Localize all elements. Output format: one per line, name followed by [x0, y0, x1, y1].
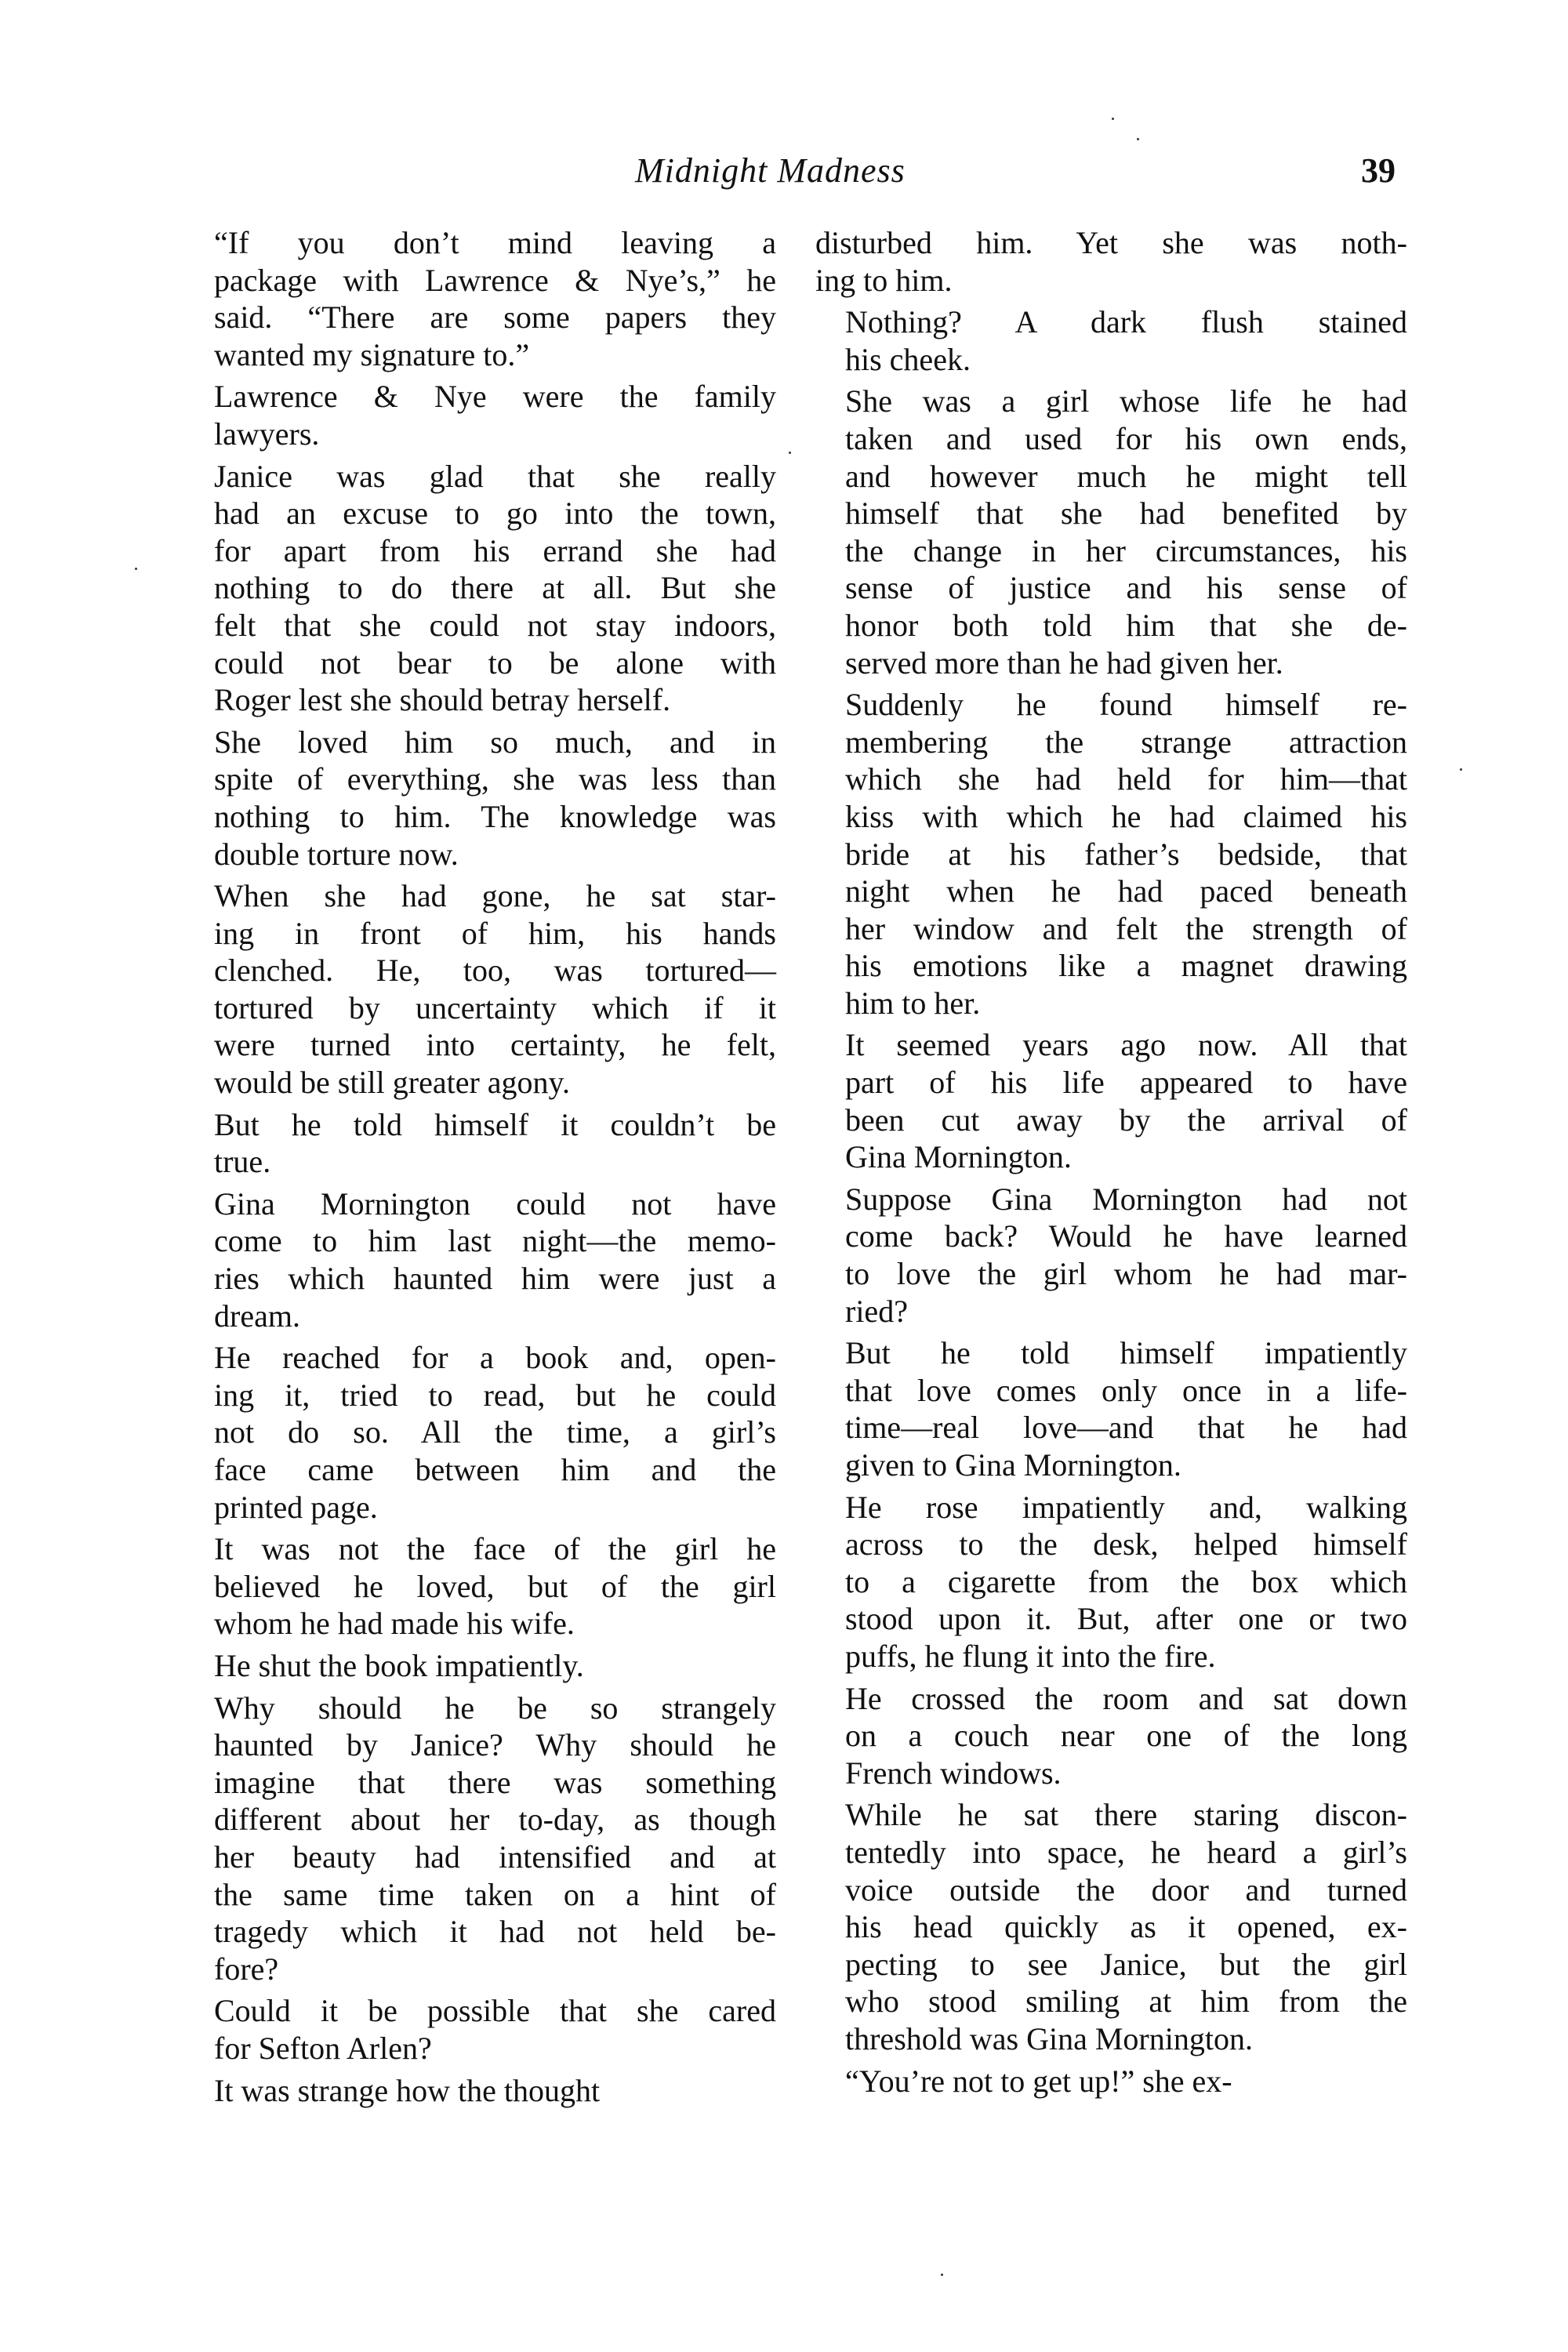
text-line: the change in her circumstances, his — [815, 532, 1407, 570]
text-line: her window and felt the strength of — [815, 910, 1407, 948]
paragraph: He crossed the room and sat downon a cou… — [815, 1680, 1407, 1792]
text-line: Nothing? A dark flush stained — [815, 303, 1407, 341]
text-line: his emotions like a magnet drawing — [815, 947, 1407, 985]
text-line: imagine that there was something — [184, 1764, 776, 1802]
text-line: Suddenly he found himself re- — [815, 686, 1407, 724]
text-line: not do so. All the time, a girl’s — [184, 1414, 776, 1451]
text-line: believed he loved, but of the girl — [184, 1568, 776, 1606]
text-line: tentedly into space, he heard a girl’s — [815, 1834, 1407, 1871]
text-line: It was not the face of the girl he — [184, 1530, 776, 1568]
text-line: French windows. — [815, 1755, 1407, 1792]
paragraph: Suppose Gina Mornington had notcome back… — [815, 1181, 1407, 1330]
text-line: stood upon it. But, after one or two — [815, 1600, 1407, 1638]
text-line: nothing to do there at all. But she — [184, 569, 776, 607]
text-line: said. “There are some papers they — [184, 299, 776, 336]
paragraph: He shut the book impatiently. — [184, 1647, 776, 1685]
text-line: While he sat there staring discon- — [815, 1796, 1407, 1834]
paragraph: “If you don’t mind leaving apackage with… — [184, 224, 776, 373]
text-line: clenched. He, too, was tortured— — [184, 952, 776, 989]
paragraph: disturbed him. Yet she was noth-ing to h… — [815, 224, 1407, 299]
text-line: When she had gone, he sat star- — [184, 877, 776, 915]
text-line: come back? Would he have learned — [815, 1218, 1407, 1255]
text-line: dream. — [184, 1298, 776, 1335]
text-line: honor both told him that she de- — [815, 607, 1407, 644]
text-line: who stood smiling at him from the — [815, 1983, 1407, 2020]
scan-speck — [1460, 768, 1462, 771]
text-line: It was strange how the thought — [184, 2072, 776, 2110]
right-column: disturbed him. Yet she was noth-ing to h… — [815, 224, 1407, 2104]
text-line: Roger lest she should betray herself. — [184, 681, 776, 719]
paragraph: Janice was glad that she reallyhad an ex… — [184, 458, 776, 719]
text-line: membering the strange attraction — [815, 724, 1407, 761]
text-line: been cut away by the arrival of — [815, 1102, 1407, 1139]
text-line: to love the girl whom he had mar- — [815, 1255, 1407, 1293]
text-line: bride at his father’s bedside, that — [815, 836, 1407, 873]
text-line: to a cigarette from the box which — [815, 1563, 1407, 1601]
text-line: ing it, tried to read, but he could — [184, 1377, 776, 1414]
paragraph: It was strange how the thought — [184, 2072, 776, 2110]
text-line: tragedy which it had not held be- — [184, 1913, 776, 1951]
text-line: come to him last night—the memo- — [184, 1222, 776, 1260]
text-line: Why should he be so strangely — [184, 1690, 776, 1727]
text-line: He rose impatiently and, walking — [815, 1489, 1407, 1526]
text-line: lawyers. — [184, 416, 776, 453]
text-line: He crossed the room and sat down — [815, 1680, 1407, 1718]
scan-speck — [941, 2274, 943, 2276]
text-line: were turned into certainty, he felt, — [184, 1026, 776, 1064]
text-line: her beauty had intensified and at — [184, 1838, 776, 1876]
text-line: threshold was Gina Mornington. — [815, 2020, 1407, 2058]
text-line: his head quickly as it opened, ex- — [815, 1908, 1407, 1946]
text-line: felt that she could not stay indoors, — [184, 607, 776, 644]
text-line: night when he had paced beneath — [815, 873, 1407, 910]
paragraph: Lawrence & Nye were the familylawyers. — [184, 378, 776, 452]
text-line: pecting to see Janice, but the girl — [815, 1946, 1407, 1984]
text-line: whom he had made his wife. — [184, 1605, 776, 1642]
paragraph: Gina Mornington could not havecome to hi… — [184, 1185, 776, 1334]
scan-speck — [135, 568, 137, 570]
text-line: for Sefton Arlen? — [184, 2030, 776, 2067]
text-line: Lawrence & Nye were the family — [184, 378, 776, 416]
page-number: 39 — [1361, 151, 1396, 191]
text-line: Janice was glad that she really — [184, 458, 776, 495]
text-line: ried? — [815, 1293, 1407, 1330]
text-line: But he told himself it couldn’t be — [184, 1106, 776, 1144]
text-line: printed page. — [184, 1489, 776, 1526]
text-line: spite of everything, she was less than — [184, 760, 776, 798]
text-line: different about her to-day, as though — [184, 1801, 776, 1838]
text-line: given to Gina Mornington. — [815, 1446, 1407, 1484]
text-line: It seemed years ago now. All that — [815, 1026, 1407, 1064]
text-line: sense of justice and his sense of — [815, 569, 1407, 607]
text-line: had an excuse to go into the town, — [184, 495, 776, 532]
text-line: which she had held for him—that — [815, 760, 1407, 798]
text-line: Gina Mornington. — [815, 1138, 1407, 1176]
scan-speck — [1137, 138, 1139, 140]
text-line: the same time taken on a hint of — [184, 1876, 776, 1914]
text-line: haunted by Janice? Why should he — [184, 1726, 776, 1764]
text-line: ries which haunted him were just a — [184, 1260, 776, 1298]
text-line: tortured by uncertainty which if it — [184, 989, 776, 1027]
text-line: that love comes only once in a life- — [815, 1372, 1407, 1410]
paragraph: Nothing? A dark flush stainedhis cheek. — [815, 303, 1407, 378]
text-line: would be still greater agony. — [184, 1064, 776, 1102]
text-line: disturbed him. Yet she was noth- — [815, 224, 1407, 262]
paragraph: When she had gone, he sat star-ing in fr… — [184, 877, 776, 1102]
paragraph: She loved him so much, and inspite of ev… — [184, 724, 776, 873]
text-line: true. — [184, 1143, 776, 1181]
paragraph: He rose impatiently and, walkingacross t… — [815, 1489, 1407, 1675]
text-line: face came between him and the — [184, 1451, 776, 1489]
text-line: double torture now. — [184, 836, 776, 873]
text-line: taken and used for his own ends, — [815, 420, 1407, 458]
page-header: Midnight Madness 39 — [0, 151, 1568, 198]
text-line: Gina Mornington could not have — [184, 1185, 776, 1223]
paragraph: “You’re not to get up!” she ex- — [815, 2063, 1407, 2100]
paragraph: Why should he be so strangelyhaunted by … — [184, 1690, 776, 1988]
text-line: served more than he had given her. — [815, 644, 1407, 682]
text-line: for apart from his errand she had — [184, 532, 776, 570]
text-line: Suppose Gina Mornington had not — [815, 1181, 1407, 1218]
paragraph: Suddenly he found himself re-membering t… — [815, 686, 1407, 1022]
text-line: He reached for a book and, open- — [184, 1339, 776, 1377]
text-line: ing to him. — [815, 262, 1407, 299]
text-line: “If you don’t mind leaving a — [184, 224, 776, 262]
text-line: him to her. — [815, 985, 1407, 1022]
paragraph: While he sat there staring discon-tented… — [815, 1796, 1407, 2057]
text-line: nothing to him. The knowledge was — [184, 798, 776, 836]
paragraph: He reached for a book and, open-ing it, … — [184, 1339, 776, 1526]
scan-speck — [1112, 118, 1114, 120]
text-line: and however much he might tell — [815, 458, 1407, 495]
paragraph: It was not the face of the girl hebeliev… — [184, 1530, 776, 1642]
paragraph: It seemed years ago now. All thatpart of… — [815, 1026, 1407, 1175]
text-line: package with Lawrence & Nye’s,” he — [184, 262, 776, 299]
text-line: ing in front of him, his hands — [184, 915, 776, 953]
paragraph: Could it be possible that she caredfor S… — [184, 1992, 776, 2067]
text-line: He shut the book impatiently. — [184, 1647, 776, 1685]
text-line: himself that she had benefited by — [815, 495, 1407, 532]
text-line: She was a girl whose life he had — [815, 383, 1407, 420]
paragraph: She was a girl whose life he hadtaken an… — [815, 383, 1407, 681]
text-line: could not bear to be alone with — [184, 644, 776, 682]
text-line: Could it be possible that she cared — [184, 1992, 776, 2030]
text-line: She loved him so much, and in — [184, 724, 776, 761]
text-line: on a couch near one of the long — [815, 1717, 1407, 1755]
left-column: “If you don’t mind leaving apackage with… — [184, 224, 776, 2114]
text-line: fore? — [184, 1951, 776, 1988]
text-line: kiss with which he had claimed his — [815, 798, 1407, 836]
text-line: time—real love—and that he had — [815, 1409, 1407, 1446]
text-line: his cheek. — [815, 341, 1407, 379]
text-line: wanted my signature to.” — [184, 336, 776, 374]
text-line: part of his life appeared to have — [815, 1064, 1407, 1102]
text-line: puffs, he flung it into the fire. — [815, 1638, 1407, 1675]
text-line: voice outside the door and turned — [815, 1871, 1407, 1909]
paragraph: But he told himself impatientlythat love… — [815, 1334, 1407, 1483]
paragraph: But he told himself it couldn’t betrue. — [184, 1106, 776, 1181]
text-line: across to the desk, helped himself — [815, 1526, 1407, 1563]
scan-speck — [789, 452, 791, 454]
text-line: “You’re not to get up!” she ex- — [815, 2063, 1407, 2100]
running-title: Midnight Madness — [635, 151, 906, 191]
text-line: But he told himself impatiently — [815, 1334, 1407, 1372]
